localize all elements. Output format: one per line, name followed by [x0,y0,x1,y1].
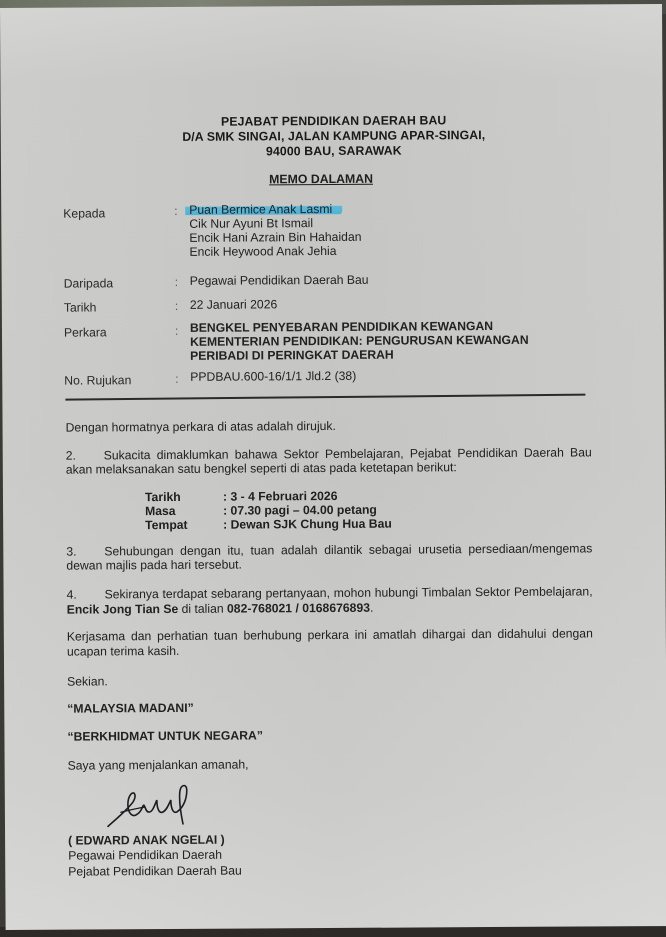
detail-tarikh-value: : 3 - 4 Februari 2026 [223,489,338,504]
daripada-label: Daripada [64,276,114,290]
contact-phones: 082-768021 / 0168676893 [227,601,370,616]
paragraph-3-line-2: dewan majlis pada hari tersebut. [66,558,242,573]
opening-line: Dengan hormatnya perkara di atas adalah … [66,419,336,435]
daripada-value: Pegawai Pendidikan Daerah Bau [190,273,369,288]
slogan-malaysia-madani: “MALAYSIA MADANI” [67,701,193,716]
rujukan-label: No. Rujukan [64,373,131,387]
amanah-line: Saya yang menjalankan amanah, [68,757,249,772]
paragraph-4-line-2: Encik Jong Tian Se di talian 082-768021 … [67,601,374,617]
signatory-title: Pegawai Pendidikan Daerah [68,848,222,863]
rujukan-colon: : [175,372,178,386]
contact-connector: di talian [178,602,227,616]
tarikh-colon: : [175,299,178,313]
perkara-line-3: PERIBADI DI PERINGKAT DAERAH [190,348,394,363]
paragraph-4-text: Sekiranya terdapat sebarang pertanyaan, … [105,584,593,601]
perkara-colon: : [175,324,178,338]
detail-masa-value: : 07.30 pagi – 04.00 petang [223,503,377,518]
paragraph-3-number: 3. [66,544,104,558]
signature-icon [105,782,205,836]
paragraph-2-number: 2. [66,448,104,462]
perkara-label: Perkara [64,325,107,339]
paragraph-4-number: 4. [67,587,105,601]
detail-tarikh-label: Tarikh [145,490,181,504]
paragraph-2-text: Sukacita dimaklumkan bahawa Sektor Pembe… [104,445,592,462]
daripada-colon: : [175,275,178,289]
kepada-label: Kepada [63,206,105,220]
sekian: Sekian. [67,674,108,688]
perkara-line-2: KEMENTERIAN PENDIDIKAN: PENGURUSAN KEWAN… [190,333,529,349]
recipient-3: Encik Hani Azrain Bin Hahaidan [189,230,361,245]
tarikh-label: Tarikh [64,300,97,314]
paragraph-3-text: Sehubungan dengan itu, tuan adalah dilan… [104,541,592,558]
contact-end: . [370,601,373,615]
recipient-2: Cik Nur Ayuni Bt Ismail [189,216,313,231]
recipient-1: Puan Bermice Anak Lasmi [189,202,342,217]
closing-line-2: ucapan terima kasih. [67,644,180,659]
signatory-name: ( EDWARD ANAK NGELAI ) [68,833,225,848]
recipient-4: Encik Heywood Anak Jehia [189,244,336,259]
contact-name: Encik Jong Tian Se [67,602,179,617]
signatory-office: Pejabat Pendidikan Daerah Bau [68,864,242,879]
detail-tempat-value: : Dewan SJK Chung Hua Bau [223,517,392,532]
detail-tempat-label: Tempat [145,518,188,532]
detail-masa-label: Masa [145,504,176,518]
rujukan-value: PPDBAU.600-16/1/1 Jld.2 (38) [190,369,356,384]
paragraph-2-line-2: akan melaksanakan satu bengkel seperti d… [66,460,457,476]
kepada-colon: : [174,204,177,218]
memo-document: PEJABAT PENDIDIKAN DAERAH BAU D/A SMK SI… [0,4,666,930]
tarikh-value: 22 Januari 2026 [190,297,278,312]
recipient-1-highlighted: Puan Bermice Anak Lasmi [185,202,342,217]
slogan-berkhidmat: “BERKHIDMAT UNTUK NEGARA” [67,728,263,743]
